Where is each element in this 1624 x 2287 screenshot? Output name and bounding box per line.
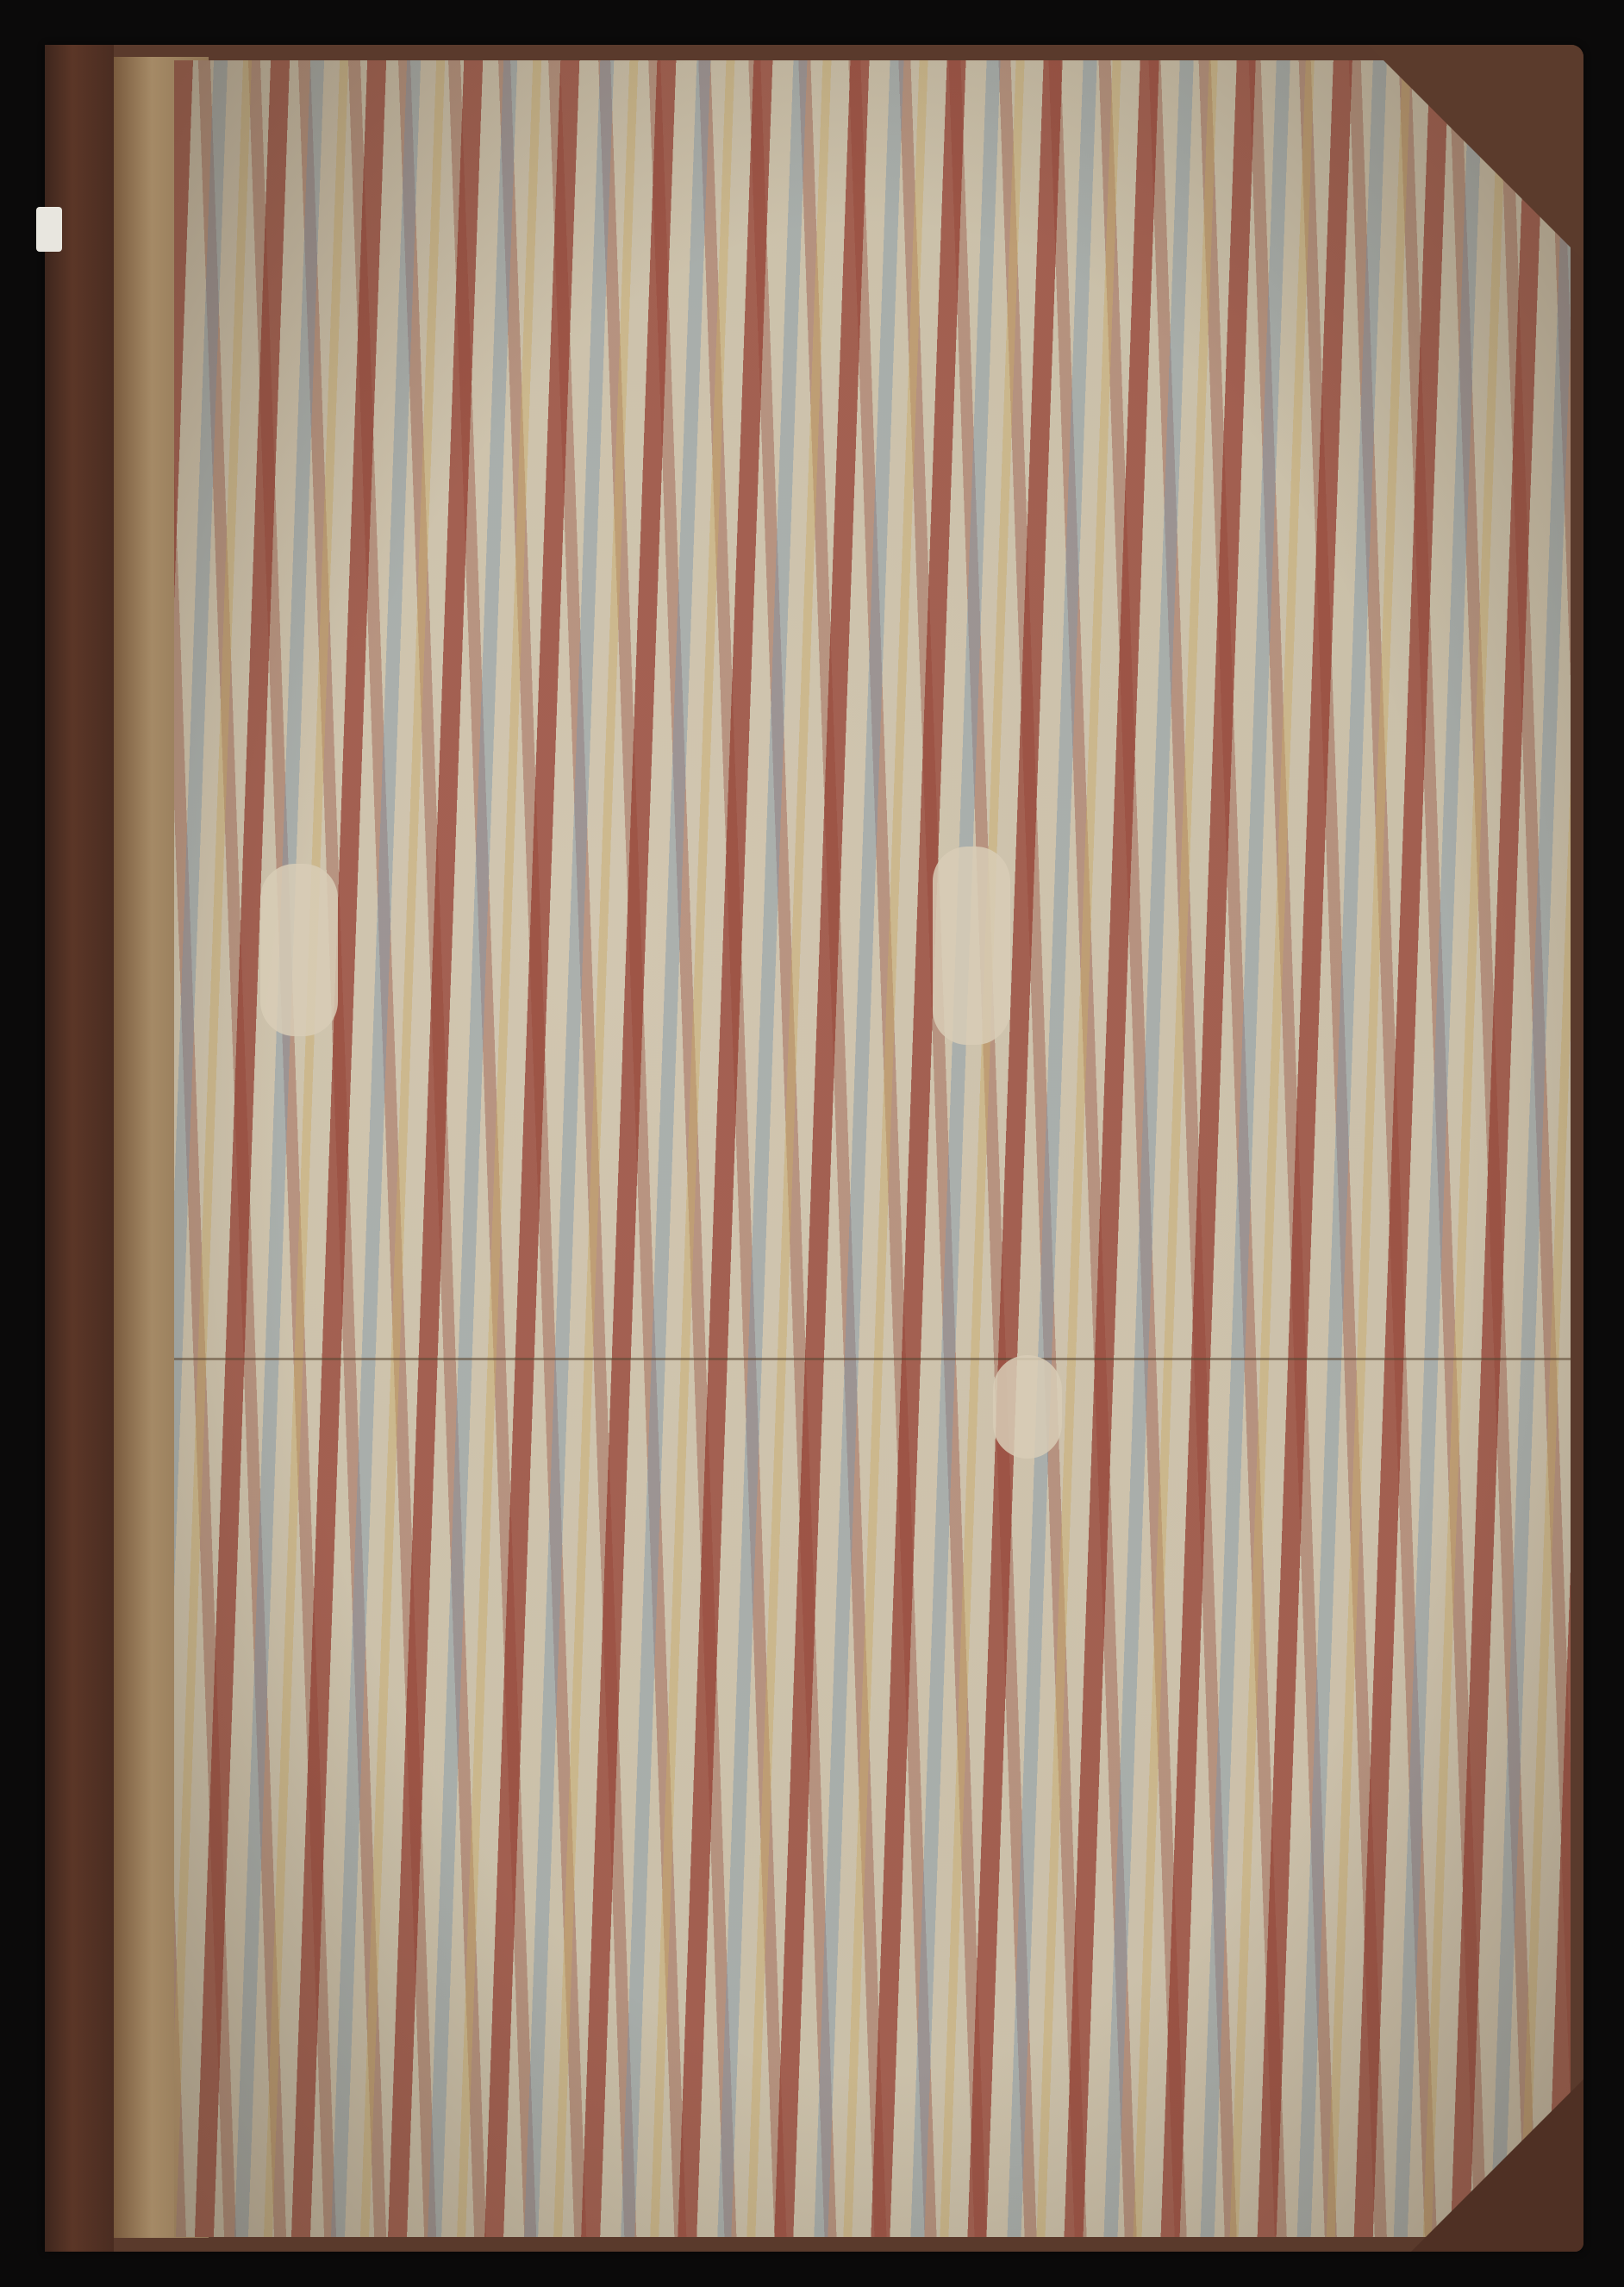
paper-tab — [36, 207, 62, 252]
worn-patch — [260, 864, 338, 1036]
book-cover — [45, 45, 1583, 2252]
worn-patch — [993, 1355, 1062, 1459]
leather-spine — [45, 45, 114, 2252]
worn-patch — [933, 847, 1010, 1045]
paper-seam — [174, 1358, 1571, 1360]
marbled-paper — [174, 60, 1571, 2237]
